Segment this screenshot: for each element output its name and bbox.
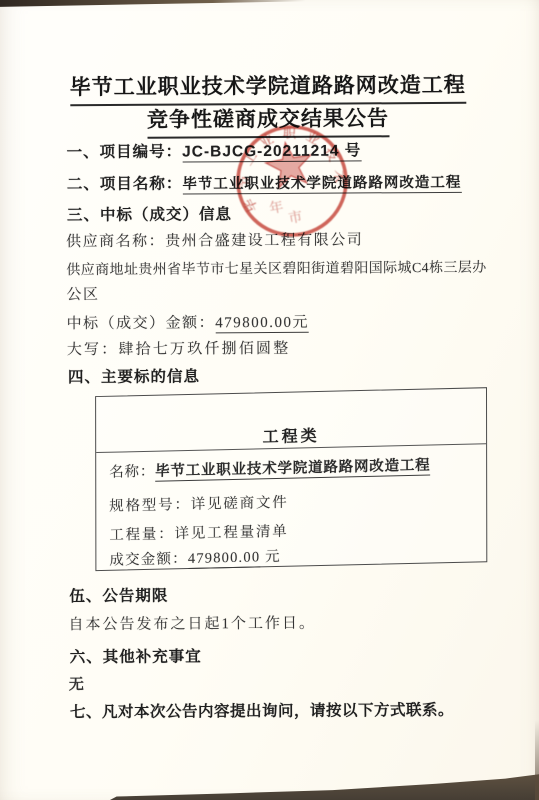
supplier-address-line1: 供应商地址贵州省毕节市七星关区碧阳街道碧阳国际城C4栋三层办 [66,257,486,280]
doc-title-line1-text: 毕节工业职业技术学院道路路网改造工程 [70,69,466,106]
award-amount-label: 中标（成交）金额： [67,315,216,332]
table-row-amount: 成交金额：479800.00 元 [109,545,280,570]
table-row-spec: 规格型号：详见磋商文件 [109,491,288,516]
row-quantity-value: 详见工程量清单 [175,524,289,543]
award-amount-value: 479800.00元 [215,315,309,334]
seal-inner-mark-1: 年 [268,198,285,216]
table-row-quantity: 工程量：详见工程量清单 [109,520,288,545]
section-5-notice-period: 伍、公告期限 [69,584,168,607]
award-amount-line: 中标（成交）金额：479800.00元 [67,311,309,333]
section-3-award-info: 三、中标（成交）信息 [67,202,232,225]
table-row-name: 名称：毕节工业职业技术学院道路路网改造工程 [109,453,430,481]
official-seal-stamp: 毕节工业职业技术学院 年 市 [232,121,352,241]
amount-in-words-value: 肆拾七万玖仟捌佰圆整 [118,341,290,358]
supplier-address-line2: 公区 [66,283,99,304]
row-quantity-label: 工程量： [109,526,174,543]
project-name-label: 二、项目名称： [67,176,183,194]
supplementary-body: 无 [69,673,86,694]
notice-period-body: 自本公告发布之日起1个工作日。 [68,612,316,635]
amount-in-words-label: 大写： [67,342,119,358]
row-name-label: 名称： [109,464,155,481]
amount-in-words-line: 大写：肆拾七万玖仟捌佰圆整 [67,337,291,359]
row-spec-label: 规格型号： [109,497,191,515]
section-4-subject-info: 四、主要标的信息 [68,364,200,387]
seal-inner-mark-2: 市 [287,208,304,226]
photo-edge-right [535,720,539,800]
document-content: 毕节工业职业技术学院道路路网改造工程 竞争性磋商成交结果公告 一、项目编号：JC… [0,0,539,800]
row-spec-value: 详见磋商文件 [191,495,289,513]
row-amount-label: 成交金额： [109,551,188,569]
seal-inner-group: 毕节工业职业技术学院 年 市 [232,121,352,237]
table-header-category: 工程类 [96,388,486,453]
row-amount-value: 479800.00 [188,549,260,569]
document-page: 毕节工业职业技术学院道路路网改造工程 竞争性磋商成交结果公告 一、项目编号：JC… [0,0,539,800]
row-name-value: 毕节工业职业技术学院道路路网改造工程 [155,457,430,481]
row-amount-suffix: 元 [260,549,281,565]
supplier-name-label: 供应商名称： [66,234,165,251]
project-number-label: 一、项目编号： [67,144,183,162]
section-7-contact-note: 七、凡对本次公告内容提出询问，请按以下方式联系。 [70,698,454,722]
bid-info-table: 工程类 名称：毕节工业职业技术学院道路路网改造工程 规格型号：详见磋商文件 工程… [95,387,487,571]
section-6-supplementary: 六、其他补充事宜 [70,644,202,667]
photo-background: 毕节工业职业技术学院道路路网改造工程 竞争性磋商成交结果公告 一、项目编号：JC… [0,0,539,800]
